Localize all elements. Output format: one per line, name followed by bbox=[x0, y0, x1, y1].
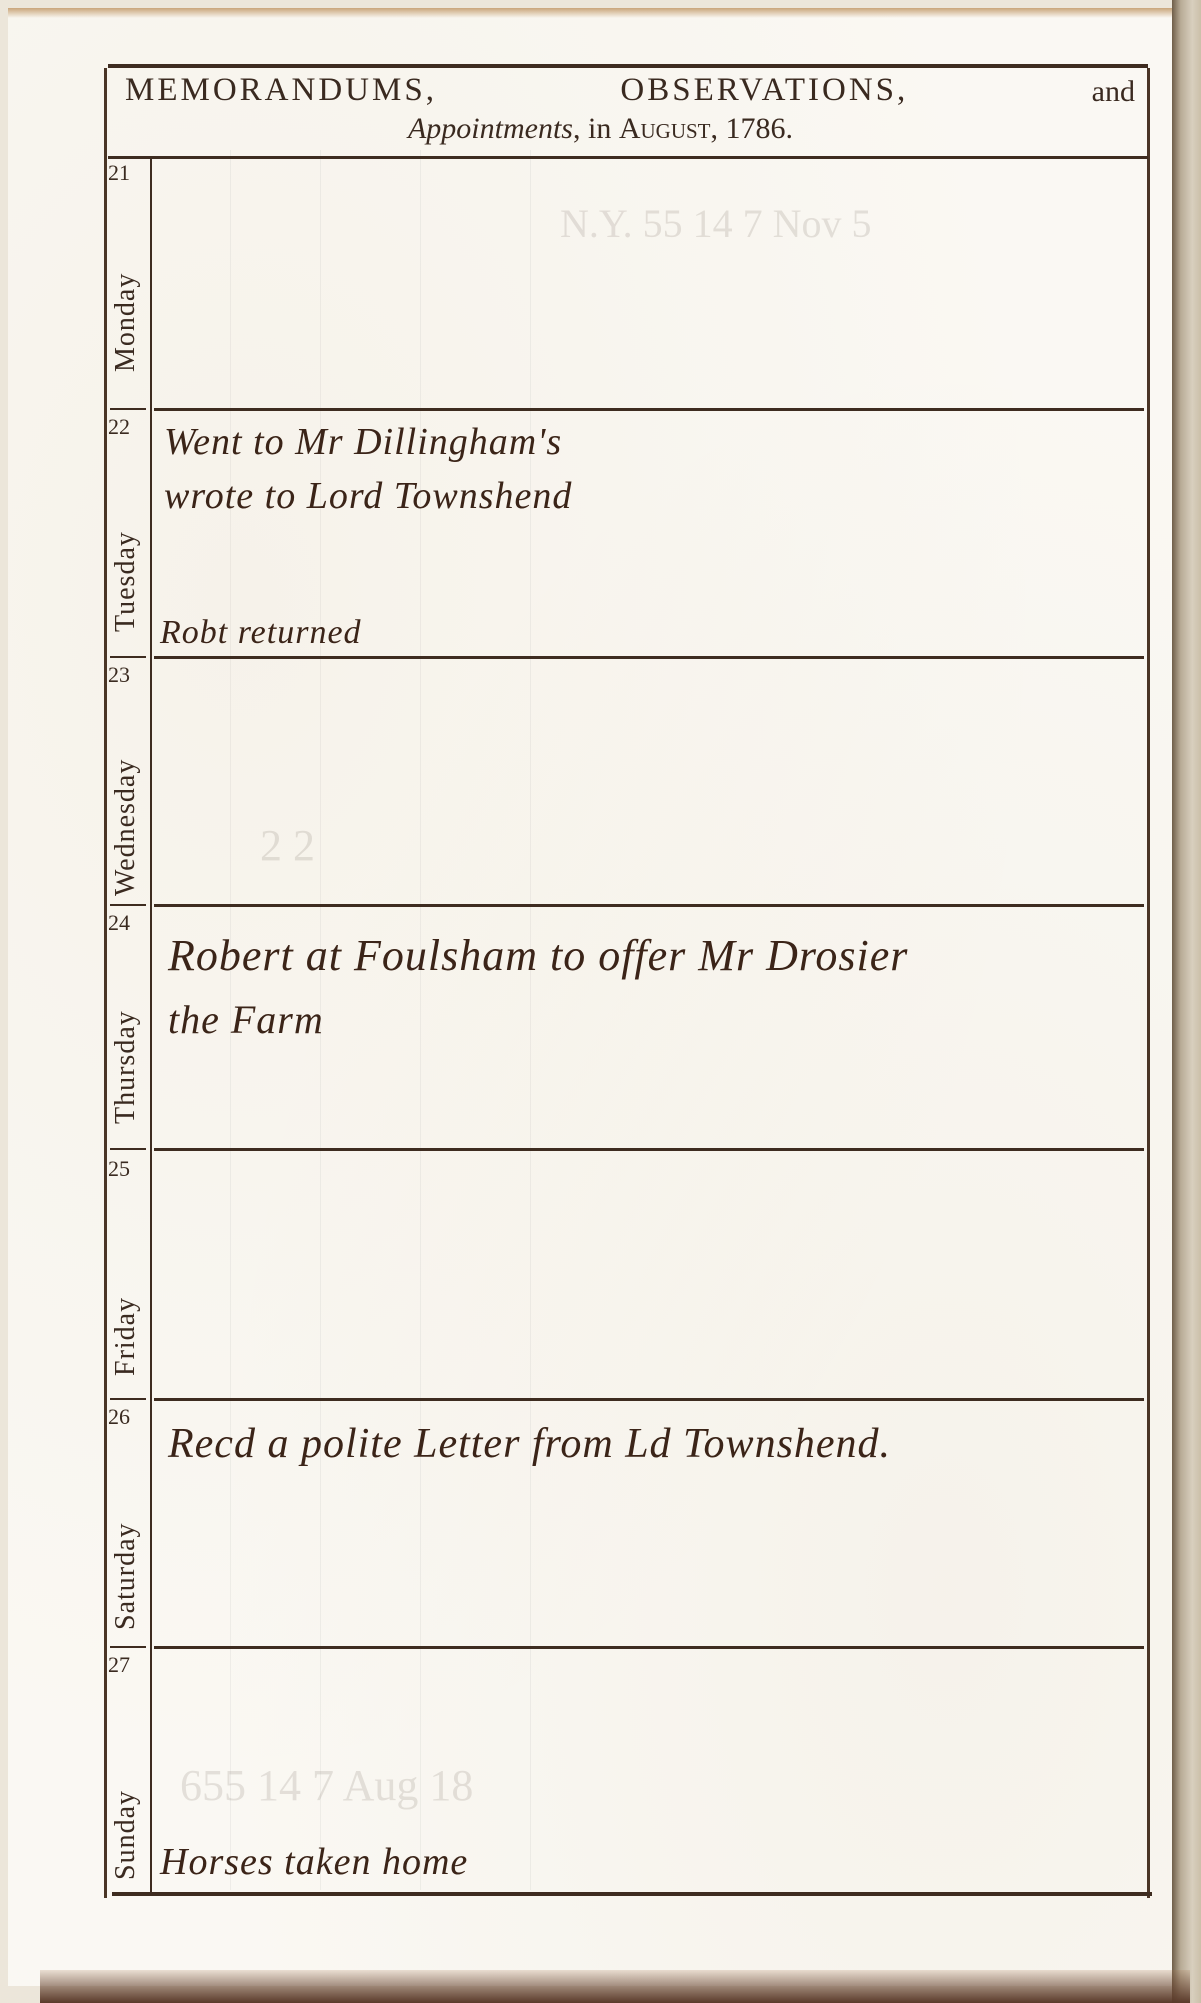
day-divider bbox=[154, 1646, 1144, 1649]
day-number-22: 22 bbox=[108, 414, 130, 440]
day-name-tuesday: Tuesday bbox=[110, 531, 142, 632]
day-tick bbox=[110, 408, 146, 410]
day-tick bbox=[110, 1646, 146, 1648]
title-memorandums: MEMORANDUMS, bbox=[125, 72, 437, 109]
day-name-wednesday: Wednesday bbox=[110, 759, 142, 896]
day-number-27: 27 bbox=[108, 1652, 130, 1678]
book-spine-edge bbox=[1172, 0, 1201, 2003]
day-name-monday: Monday bbox=[110, 273, 142, 372]
entry-24-line1: Robert at Foulsham to offer Mr Drosier bbox=[168, 930, 908, 981]
title-observations: OBSERVATIONS, bbox=[620, 72, 908, 109]
entry-22-line1: Went to Mr Dillingham's bbox=[164, 420, 562, 464]
entry-24-line2: the Farm bbox=[168, 996, 324, 1043]
day-name-friday: Friday bbox=[110, 1297, 142, 1376]
entry-27-line1: Horses taken home bbox=[160, 1840, 468, 1884]
day-name-saturday: Saturday bbox=[110, 1522, 142, 1630]
page-bottom-rule bbox=[112, 1892, 1152, 1896]
entry-22-line2: wrote to Lord Townshend bbox=[164, 474, 572, 518]
day-number-21: 21 bbox=[108, 160, 130, 186]
page-frame bbox=[104, 68, 1150, 1898]
day-number-26: 26 bbox=[108, 1404, 130, 1430]
page-top-edge bbox=[8, 8, 1180, 18]
day-number-23: 23 bbox=[108, 662, 130, 688]
page-title: MEMORANDUMS, OBSERVATIONS, and bbox=[125, 72, 1135, 109]
day-divider bbox=[154, 656, 1144, 659]
page-subtitle: Appointments, in August, 1786. bbox=[0, 112, 1201, 146]
subtitle-in: , in bbox=[573, 112, 619, 145]
day-tick bbox=[110, 1148, 146, 1150]
entry-22-line3: Robt returned bbox=[160, 614, 362, 652]
entry-26-line1: Recd a polite Letter from Ld Townshend. bbox=[168, 1420, 891, 1468]
day-divider bbox=[154, 408, 1144, 411]
header-bottom-rule bbox=[108, 156, 1148, 159]
day-divider bbox=[154, 1148, 1144, 1151]
subtitle-year: , 1786. bbox=[711, 112, 794, 145]
day-number-25: 25 bbox=[108, 1156, 130, 1182]
day-divider bbox=[154, 904, 1144, 907]
header-top-rule bbox=[108, 64, 1148, 68]
subtitle-month: August bbox=[619, 112, 711, 145]
day-number-24: 24 bbox=[108, 910, 130, 936]
day-tick bbox=[110, 904, 146, 906]
page-bottom-edge bbox=[40, 1970, 1190, 2003]
subtitle-appointments: Appointments bbox=[408, 112, 573, 145]
title-and: and bbox=[1092, 75, 1135, 109]
day-tick bbox=[110, 1398, 146, 1400]
day-tick bbox=[110, 656, 146, 658]
day-divider bbox=[154, 1398, 1144, 1401]
day-name-thursday: Thursday bbox=[110, 1010, 142, 1124]
day-name-sunday: Sunday bbox=[110, 1790, 142, 1880]
day-column-divider bbox=[150, 156, 152, 1896]
